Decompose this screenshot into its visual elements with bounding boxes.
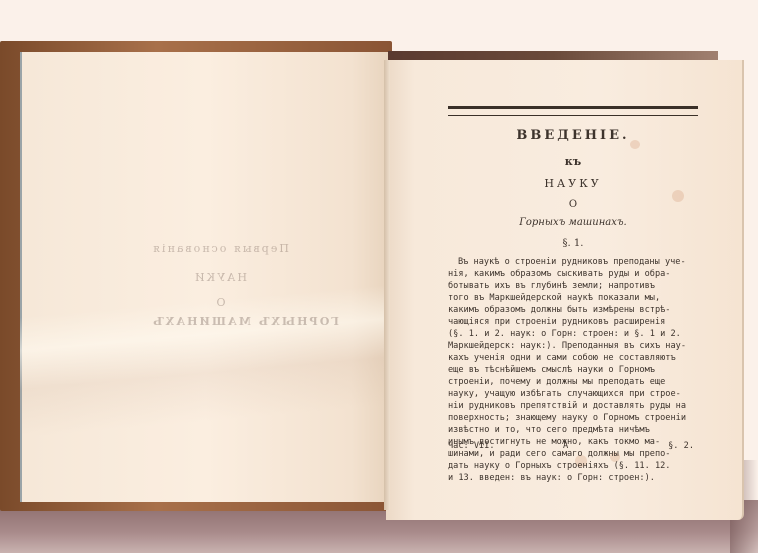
heading-line-v: къ — [448, 155, 698, 168]
body-line: чающіяся при строеніи рудниковъ расширен… — [448, 316, 700, 328]
body-line: какимъ образомъ должны быть измѣрены вст… — [448, 304, 700, 316]
heading-subject: Горныхъ машинахъ. — [448, 217, 698, 228]
section-number: §. 1. — [448, 238, 698, 249]
show-through-line-1: Первыя основанія — [120, 242, 320, 255]
footer-part-label: Час: VII. — [448, 441, 495, 451]
footer-signature: А — [563, 441, 568, 451]
body-line: извѣстно и то, что сего предмѣта ничѣмъ — [448, 424, 700, 436]
body-line: того въ Маркшейдерской наукѣ показали мы… — [448, 292, 700, 304]
body-line: поверхность; знающему науку о Горномъ ст… — [448, 412, 700, 424]
show-through-line-3: О — [120, 296, 320, 309]
body-line: Маркшейдерск: наук:). Преподанныя въ сих… — [448, 340, 700, 352]
footer-catchword: §. 2. — [668, 441, 694, 451]
heading-line-nauka: НАУКУ — [448, 177, 698, 190]
header-rule — [448, 106, 698, 116]
body-line: науку, учащую избѣгать случающихся при с… — [448, 388, 700, 400]
body-line: (§. 1. и 2. наук: о Горн: строен: и §. 1… — [448, 328, 700, 340]
chapter-heading: ВВЕДЕНІЕ. — [448, 128, 698, 143]
heading-line-o: О — [448, 199, 698, 210]
body-line: кахъ ученія одни и сами собою не составл… — [448, 352, 700, 364]
book-gutter — [384, 60, 390, 510]
body-line: нія, какимъ образомъ сыскивать руды и об… — [448, 268, 700, 280]
body-line: строеніи, почему и должны мы преподать е… — [448, 376, 700, 388]
body-line: Въ наукѣ о строеніи рудниковъ преподаны … — [448, 256, 700, 268]
show-through-line-2: НАУКИ — [120, 271, 320, 284]
body-line: еще въ тѣснѣйшемъ смыслѣ науки о Горномъ — [448, 364, 700, 376]
body-line: дать науку о Горныхъ строеніяхъ (§. 11. … — [448, 460, 700, 472]
body-line: и 13. введен: въ наук: о Горн: строен:). — [448, 472, 700, 484]
body-line: ботывать ихъ въ глубинѣ земли; напротивъ — [448, 280, 700, 292]
body-line: ніи рудниковъ препятствій и доставлять р… — [448, 400, 700, 412]
show-through-line-4: ГОРНЫХЪ МАШИНАХЪ — [140, 315, 350, 328]
